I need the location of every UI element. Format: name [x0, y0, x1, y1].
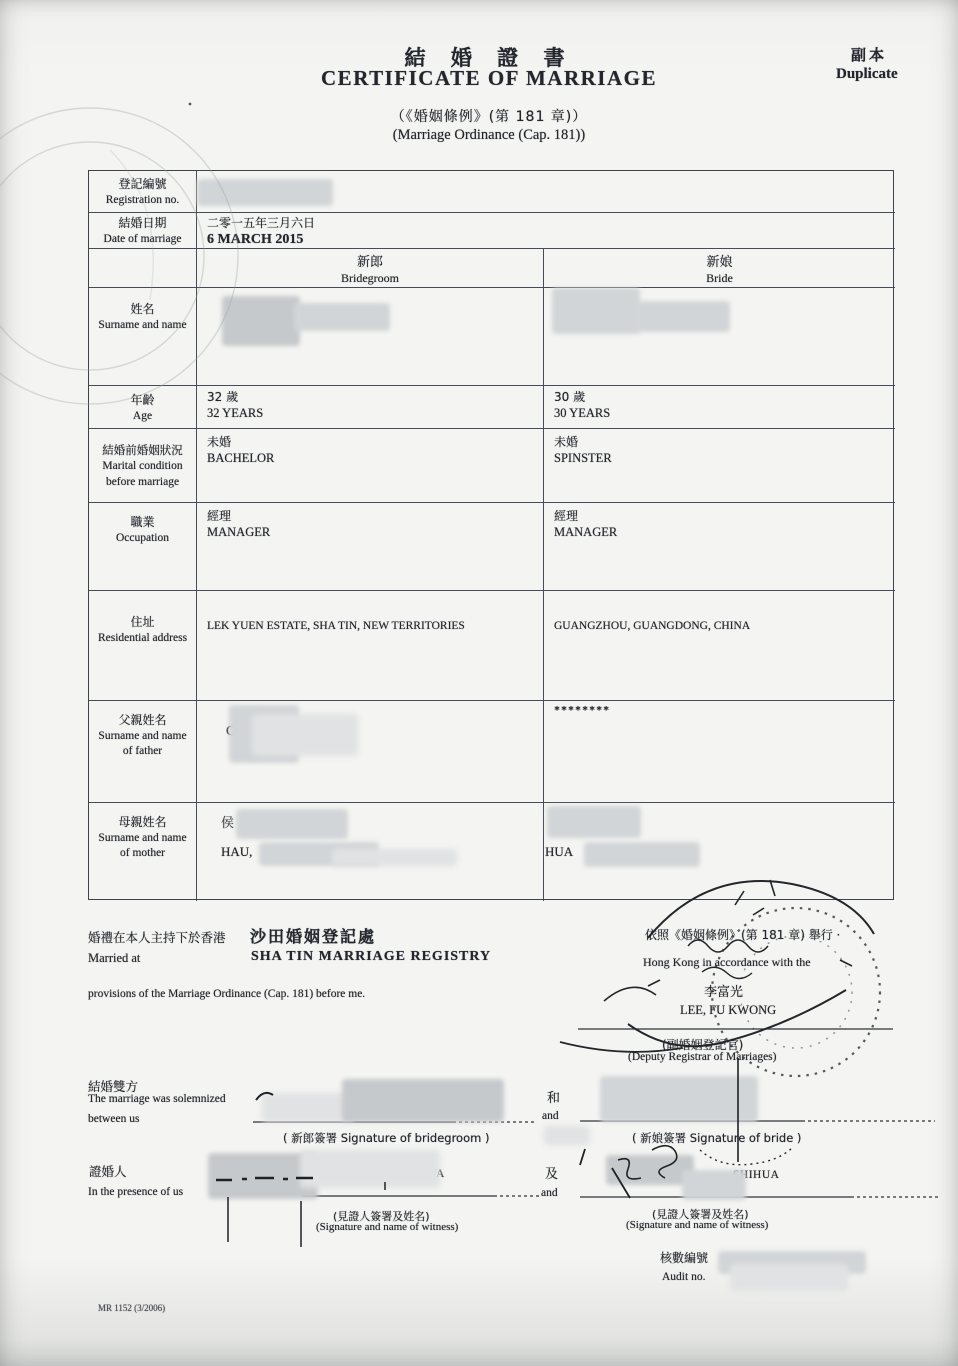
redaction-bride-signature-2	[544, 1126, 590, 1145]
age-bride-cell: 30 歲 30 YEARS	[544, 386, 895, 429]
occupation-groom-cell: 經理 MANAGER	[197, 503, 544, 591]
groom-signature-caption: ( 新郎簽署 Signature of bridegroom )	[283, 1130, 489, 1146]
registrar-stamp-icon	[560, 880, 880, 1165]
and-between-couple-chinese: 和	[547, 1087, 560, 1106]
and-between-witnesses-chinese: 及	[545, 1163, 558, 1182]
marital-groom-cell: 未婚 BACHELOR	[197, 429, 544, 503]
marital-bride-cell: 未婚 SPINSTER	[544, 429, 895, 503]
redaction-groom-father-2	[252, 714, 358, 756]
age-label: 年齡 Age	[89, 386, 197, 429]
subtitle-chinese: （《婚姻條例》(第 181 章)）	[40, 106, 938, 126]
married-at-english: Married at	[88, 951, 140, 966]
registrar-title-english: (Deputy Registrar of Marriages)	[628, 1051, 777, 1063]
subtitle-english: (Marriage Ordinance (Cap. 181))	[40, 127, 938, 144]
redaction-groom-mother-en-2	[332, 849, 457, 866]
redaction-groom-mother-cn	[236, 809, 348, 839]
mother-groom-en-fragment: HAU,	[221, 844, 252, 860]
redaction-bride-signature	[600, 1076, 758, 1122]
title-english: CERTIFICATE OF MARRIAGE	[40, 66, 938, 91]
bride-column-header: 新娘 Bride	[544, 249, 895, 288]
date-value-cell: 二零一五年三月六日 6 MARCH 2015	[197, 213, 895, 249]
accordance-english: Hong Kong in accordance with the	[643, 955, 811, 970]
registry-name-english: SHA TIN MARRIAGE REGISTRY	[251, 949, 491, 965]
occupation-bride-cell: 經理 MANAGER	[544, 503, 895, 591]
redaction-groom-signature	[262, 1093, 354, 1122]
witness-chinese: 證婚人	[89, 1162, 127, 1180]
duplicate-label-english: Duplicate	[836, 66, 898, 83]
and-between-witnesses-english: and	[541, 1187, 558, 1199]
witness2-caption-english: (Signature and name of witness)	[626, 1219, 768, 1231]
and-between-couple-english: and	[542, 1110, 559, 1122]
address-bride-cell: GUANGZHOU, GUANGDONG, CHINA	[544, 591, 895, 701]
married-at-chinese: 婚禮在本人主持下於香港	[88, 928, 226, 946]
redaction-groom-signature-2	[342, 1079, 504, 1122]
registrar-name-english: LEE, FU KWONG	[680, 1003, 776, 1018]
audit-no-english: Audit no.	[662, 1271, 705, 1283]
redaction-bride-name	[552, 288, 640, 334]
marriage-certificate-scan: 結 婚 證 書 CERTIFICATE OF MARRIAGE （《婚姻條例》(…	[0, 0, 958, 1366]
father-bride-cell: ********	[544, 701, 895, 803]
registrar-name-chinese: 李富光	[704, 981, 743, 1000]
address-label: 住址 Residential address	[89, 591, 197, 701]
mother-groom-cn-fragment: 侯	[221, 812, 234, 831]
bridegroom-column-header: 新郎 Bridegroom	[197, 249, 544, 288]
name-label: 姓名 Surname and name	[89, 288, 197, 386]
occupation-label: 職業 Occupation	[89, 503, 197, 591]
witness1-caption-english: (Signature and name of witness)	[316, 1221, 458, 1233]
form-code: MR 1152 (3/2006)	[98, 1303, 165, 1313]
audit-no-chinese: 核數編號	[660, 1249, 708, 1266]
solemnized-english-1: The marriage was solemnized	[88, 1093, 226, 1105]
registration-label: 登記編號 Registration no.	[89, 171, 197, 213]
address-groom-cell: LEK YUEN ESTATE, SHA TIN, NEW TERRITORIE…	[197, 591, 544, 701]
mother-label: 母親姓名 Surname and name of mother	[89, 803, 197, 901]
redaction-registration-no	[197, 179, 333, 206]
date-label: 結婚日期 Date of marriage	[89, 213, 197, 249]
redaction-audit-no-2	[730, 1264, 848, 1291]
accordance-chinese: 依照《婚姻條例》(第 181 章) 舉行 ·	[645, 926, 840, 943]
bride-signature-caption: ( 新娘簽署 Signature of bride )	[632, 1130, 801, 1146]
redaction-groom-name	[222, 296, 300, 346]
redaction-bride-mother-cn	[547, 806, 641, 838]
redaction-bride-name-2	[636, 301, 730, 332]
duplicate-label-chinese: 副本	[851, 44, 887, 65]
redaction-witness1-signature-2	[300, 1150, 440, 1188]
mother-bride-en-fragment: HUA	[545, 844, 573, 860]
redaction-witness2-signature	[606, 1155, 694, 1185]
certificate-table: 登記編號 Registration no. 結婚日期 Date of marri…	[88, 170, 894, 900]
marital-label: 結婚前婚姻狀況 Marital condition before marriag…	[89, 429, 197, 503]
registry-name-chinese: 沙田婚姻登記處	[250, 924, 376, 947]
redaction-bride-mother-en	[584, 842, 700, 867]
redaction-groom-name-2	[294, 303, 390, 331]
father-label: 父親姓名 Surname and name of father	[89, 701, 197, 803]
witness-english: In the presence of us	[88, 1186, 183, 1198]
age-groom-cell: 32 歲 32 YEARS	[197, 386, 544, 429]
provisions-text: provisions of the Marriage Ordinance (Ca…	[88, 988, 365, 1000]
redaction-witness2-signature-2	[682, 1170, 746, 1200]
empty-header-cell	[89, 249, 197, 288]
solemnized-english-2: between us	[88, 1113, 139, 1125]
